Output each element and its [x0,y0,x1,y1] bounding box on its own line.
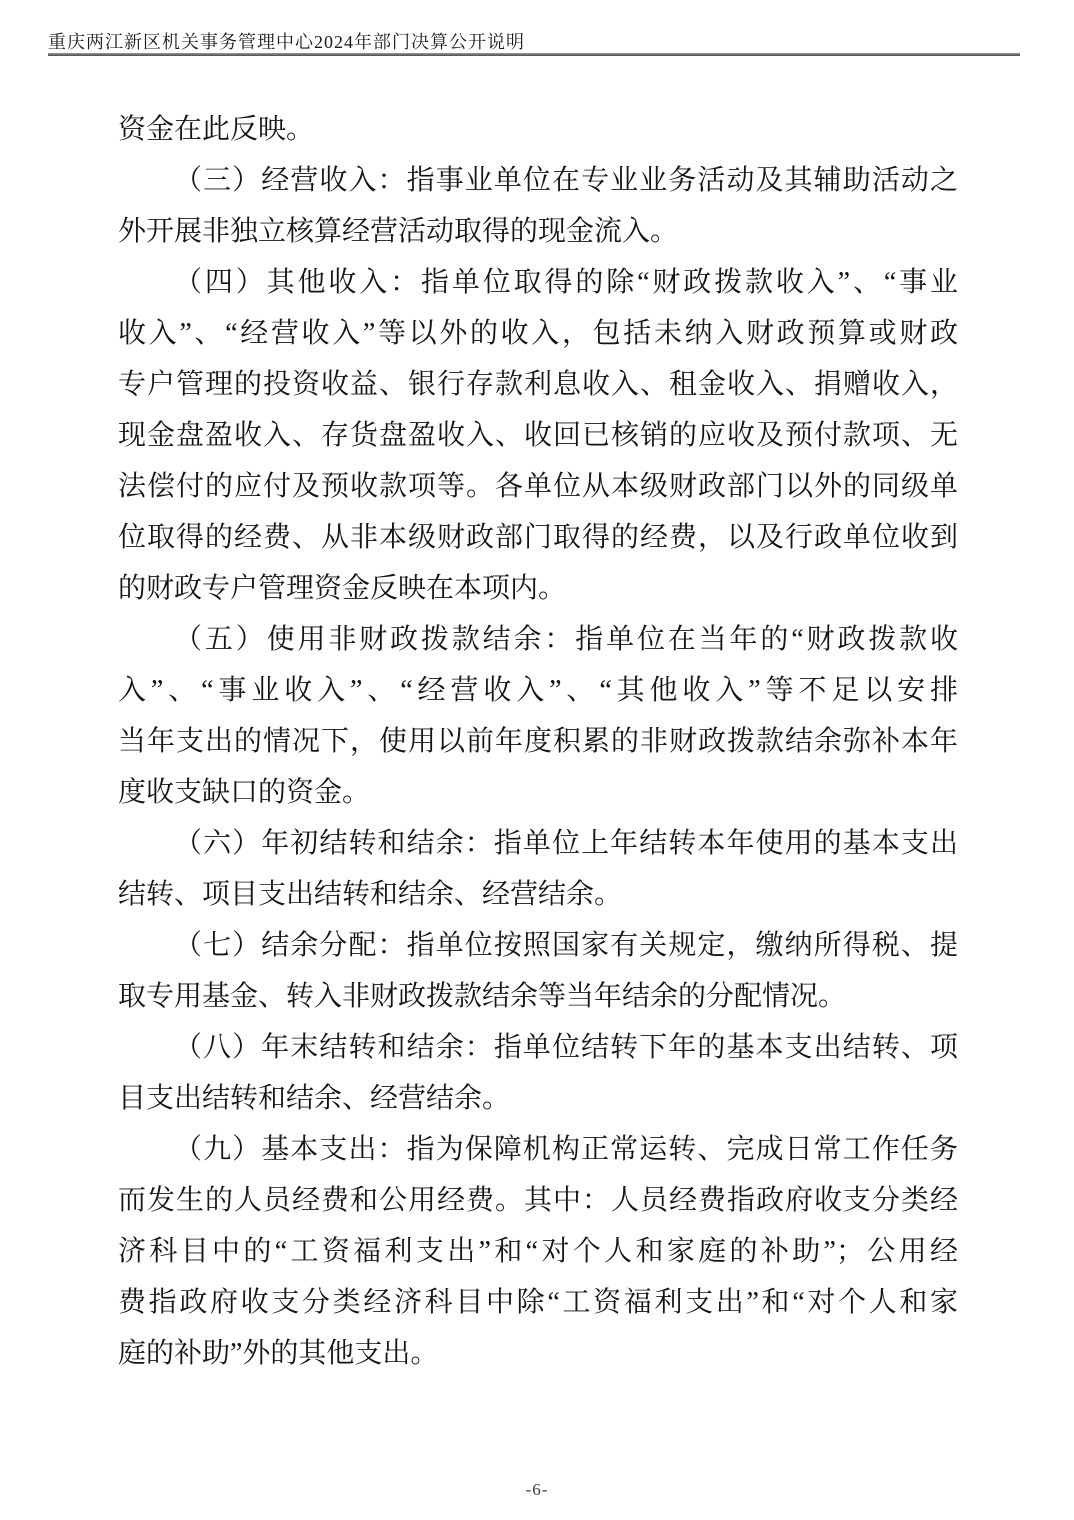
text-line: （三）经营收入：指事业单位在专业业务活动及其辅助活动之 [118,155,958,206]
text-line: 当年支出的情况下，使用以前年度积累的非财政拨款结余弥补本年 [118,716,958,767]
text-line: 庭的补助”外的其他支出。 [118,1328,958,1379]
document-header-title: 重庆两江新区机关事务管理中心2024年部门决算公开说明 [48,28,1026,54]
text-line: 结转、项目支出结转和结余、经营结余。 [118,869,958,920]
text-line: 外开展非独立核算经营活动取得的现金流入。 [118,206,958,257]
text-line: 法偿付的应付及预收款项等。各单位从本级财政部门以外的同级单 [118,461,958,512]
text-line: 而发生的人员经费和公用经费。其中：人员经费指政府收支分类经 [118,1175,958,1226]
text-line: （六）年初结转和结余：指单位上年结转本年使用的基本支出 [118,818,958,869]
text-line: （四）其他收入：指单位取得的除“财政拨款收入”、“事业 [118,257,958,308]
text-line: 济科目中的“工资福利支出”和“对个人和家庭的补助”；公用经 [118,1226,958,1277]
text-line: 现金盘盈收入、存货盘盈收入、收回已核销的应收及预付款项、无 [118,410,958,461]
text-line: （五）使用非财政拨款结余：指单位在当年的“财政拨款收 [118,614,958,665]
text-line: 费指政府收支分类经济科目中除“工资福利支出”和“对个人和家 [118,1277,958,1328]
text-line: 专户管理的投资收益、银行存款利息收入、租金收入、捐赠收入， [118,359,958,410]
document-footer: -6- [0,1480,1074,1500]
text-line: 的财政专户管理资金反映在本项内。 [118,563,958,614]
text-line: 收入”、“经营收入”等以外的收入，包括未纳入财政预算或财政 [118,308,958,359]
text-line: 资金在此反映。 [118,104,958,155]
document-header: 重庆两江新区机关事务管理中心2024年部门决算公开说明 [48,28,1026,54]
text-line: 取专用基金、转入非财政拨款结余等当年结余的分配情况。 [118,971,958,1022]
text-line: （九）基本支出：指为保障机构正常运转、完成日常工作任务 [118,1124,958,1175]
header-rule-divider [48,53,1020,56]
document-page: 重庆两江新区机关事务管理中心2024年部门决算公开说明 资金在此反映。（三）经营… [0,0,1074,1520]
body-text: 资金在此反映。（三）经营收入：指事业单位在专业业务活动及其辅助活动之外开展非独立… [118,104,958,1379]
text-line: （八）年末结转和结余：指单位结转下年的基本支出结转、项 [118,1022,958,1073]
text-line: 目支出结转和结余、经营结余。 [118,1073,958,1124]
text-line: （七）结余分配：指单位按照国家有关规定，缴纳所得税、提 [118,920,958,971]
page-number: -6- [526,1480,549,1499]
text-line: 度收支缺口的资金。 [118,767,958,818]
text-line: 入”、“事业收入”、“经营收入”、“其他收入”等不足以安排 [118,665,958,716]
text-line: 位取得的经费、从非本级财政部门取得的经费，以及行政单位收到 [118,512,958,563]
